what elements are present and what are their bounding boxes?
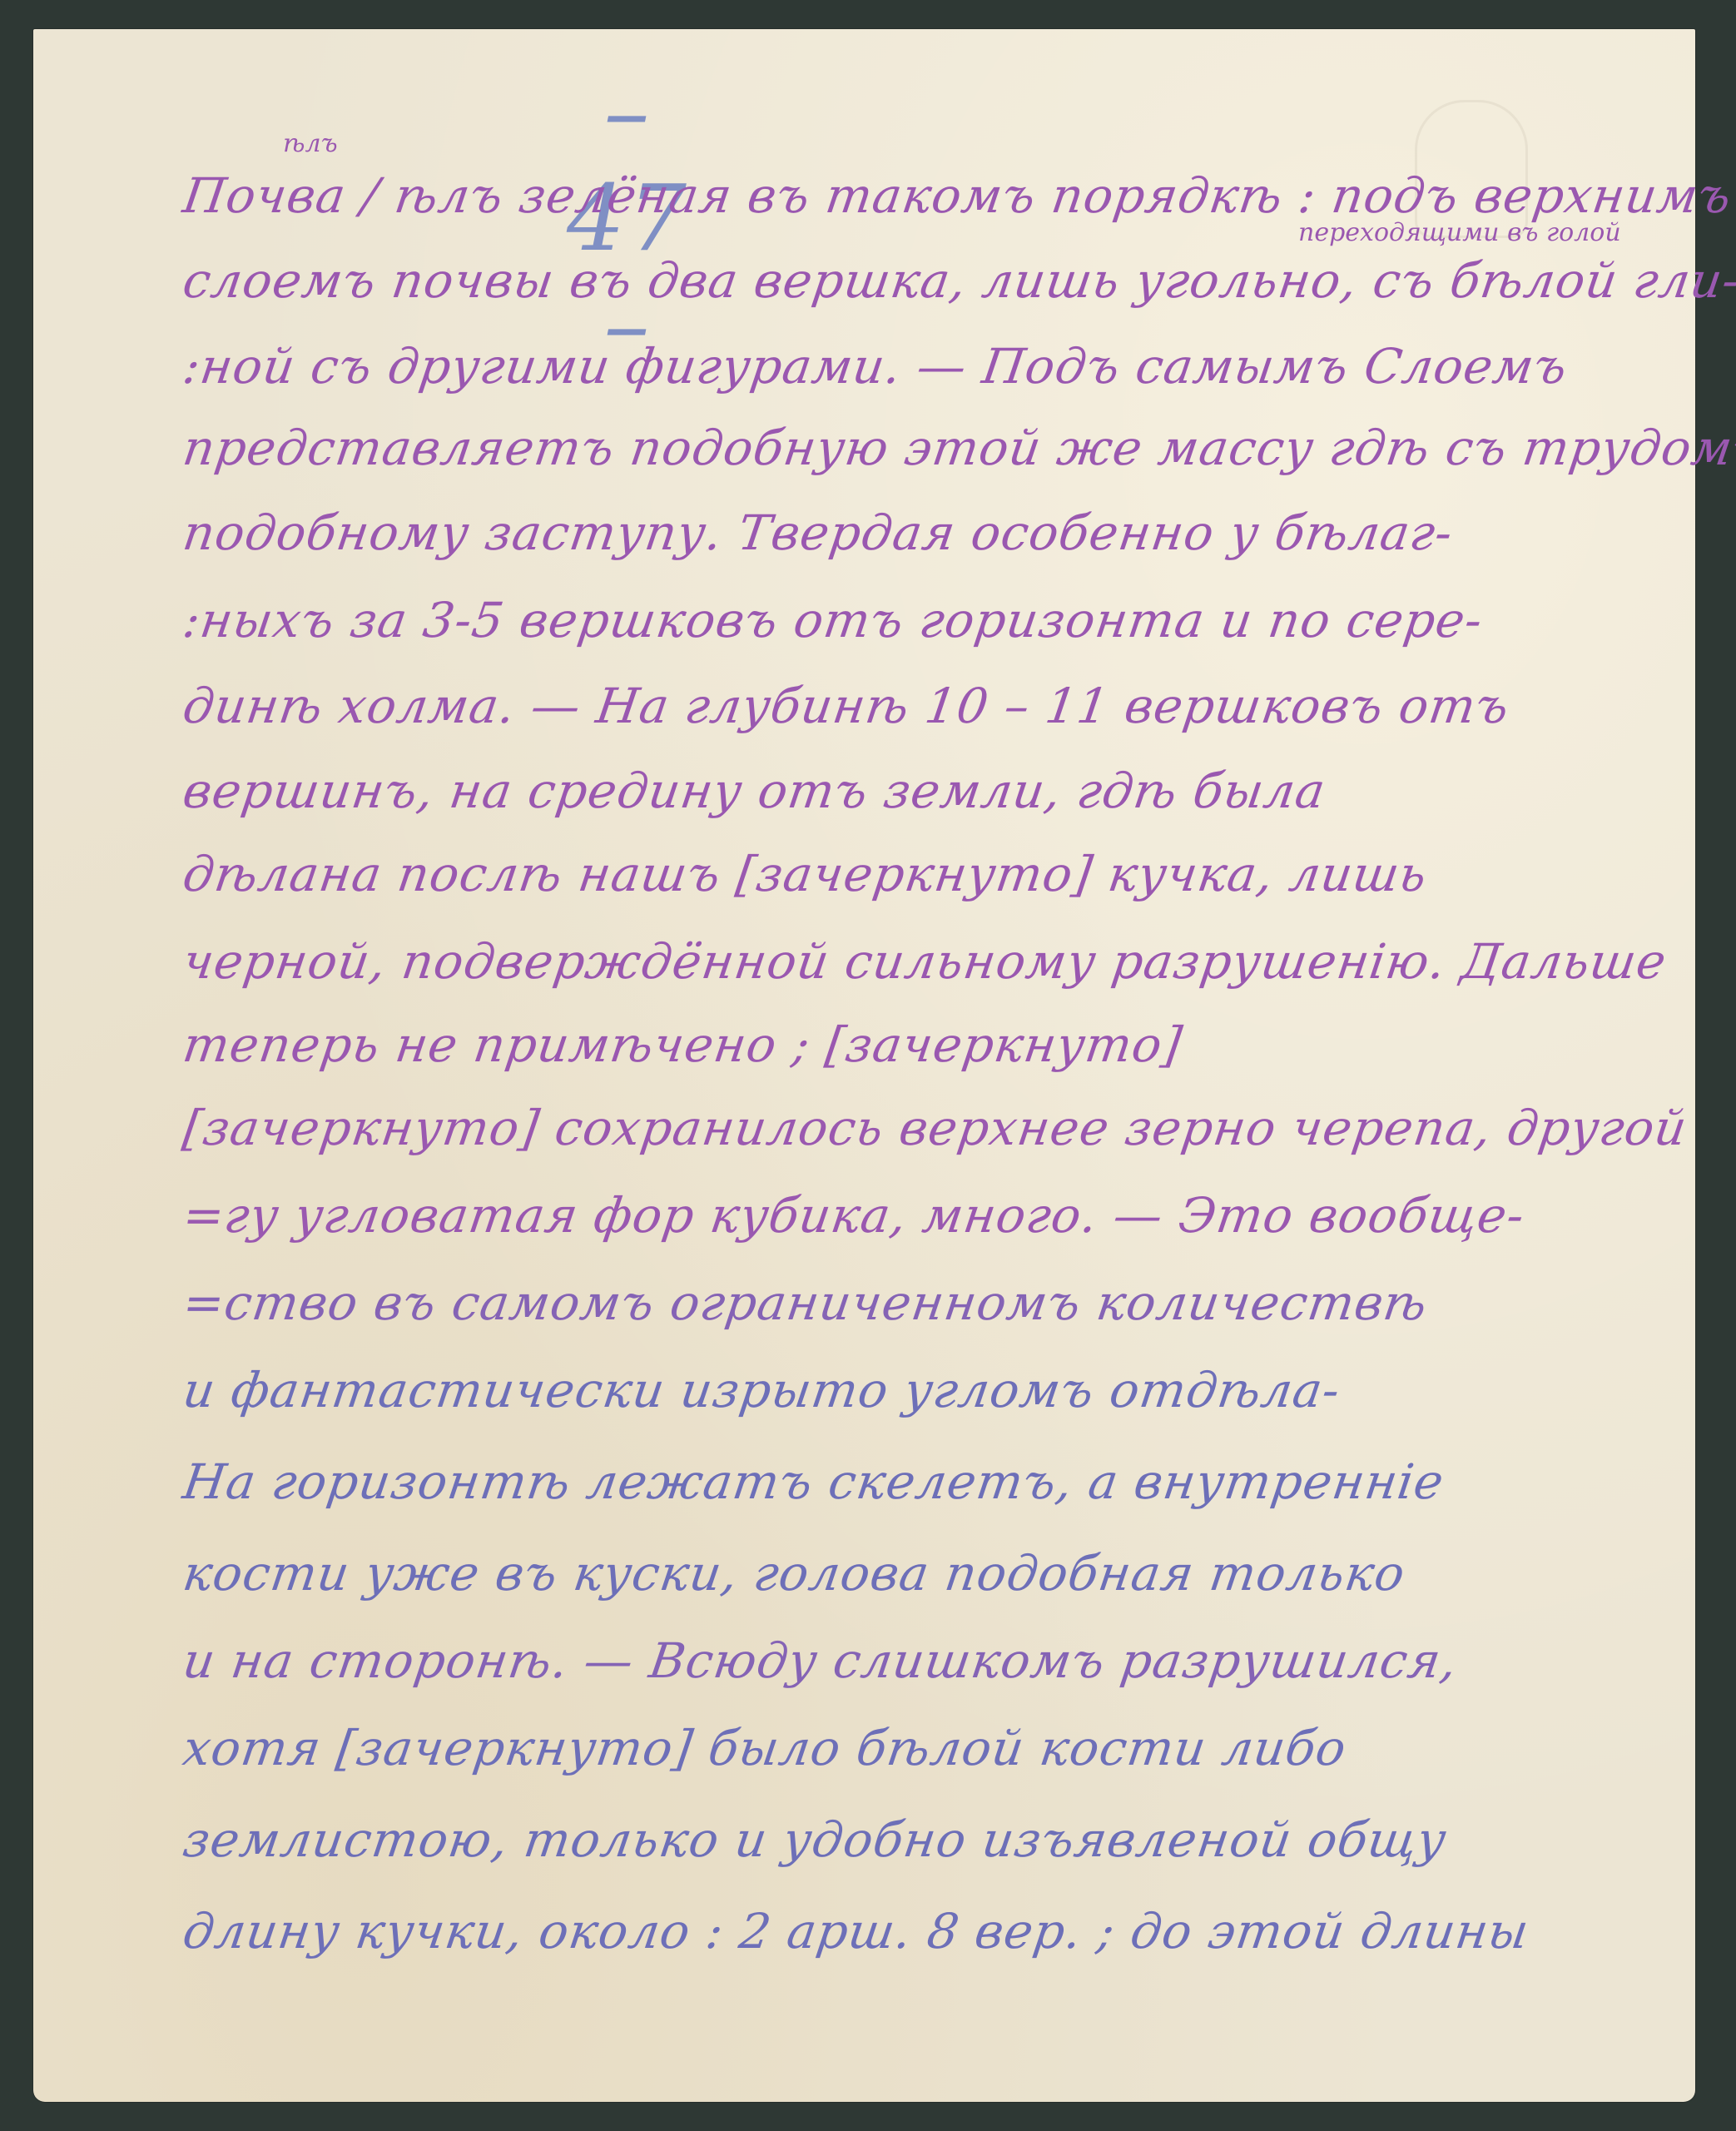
manuscript-line: :ныхъ за 3-5 вершковъ отъ горизонта и по…: [179, 587, 1686, 653]
manuscript-line: и на сторонѣ. — Всюду слишкомъ разрушилс…: [179, 1627, 1686, 1694]
manuscript-line: кости уже въ куски, голова подобная толь…: [179, 1540, 1686, 1607]
manuscript-line: =гу угловатая фор кубика, много. — Это в…: [179, 1182, 1686, 1249]
manuscript-line: представляетъ подобную этой же массу гдѣ…: [179, 415, 1686, 481]
manuscript-line: землистою, только и удобно изъявленой об…: [179, 1806, 1686, 1873]
manuscript-line: динѣ холма. — На глубинѣ 10 – 11 вершков…: [179, 673, 1686, 739]
manuscript-line: и фантастически изрыто угломъ отдѣла-: [179, 1357, 1686, 1423]
manuscript-line: хотя [зачеркнуто] было бѣлой кости либо: [179, 1715, 1686, 1781]
manuscript-line: слоемъ почвы въ два вершка, лишь угольно…: [179, 247, 1686, 314]
manuscript-line: На горизонтѣ лежатъ скелетъ, а внутренні…: [179, 1448, 1686, 1515]
manuscript-line: подобному заступу. Твердая особенно у бѣ…: [179, 499, 1686, 566]
manuscript-line: [зачеркнуто] сохранилось верхнее зерно ч…: [179, 1095, 1686, 1161]
interlinear-insert: ѣлъ: [283, 129, 338, 158]
manuscript-line: =ство въ самомъ ограниченномъ количествѣ: [179, 1269, 1686, 1336]
manuscript-line: черной, подверждённой сильному разрушені…: [179, 928, 1686, 995]
manuscript-line: дѣлана послѣ нашъ [зачеркнуто] кучка, ли…: [179, 841, 1686, 907]
manuscript-line: :ной съ другими фигурами. — Подъ самымъ …: [179, 333, 1686, 400]
manuscript-line: длину кучки, около : 2 арш. 8 вер. ; до …: [179, 1898, 1686, 1965]
manuscript-line: теперь не примѣчено ; [зачеркнуто]: [179, 1011, 1686, 1078]
manuscript-line: Почва / ѣлъ зелёная въ такомъ порядкѣ : …: [179, 162, 1686, 229]
manuscript-line: вершинъ, на средину отъ земли, гдѣ была: [179, 758, 1686, 824]
